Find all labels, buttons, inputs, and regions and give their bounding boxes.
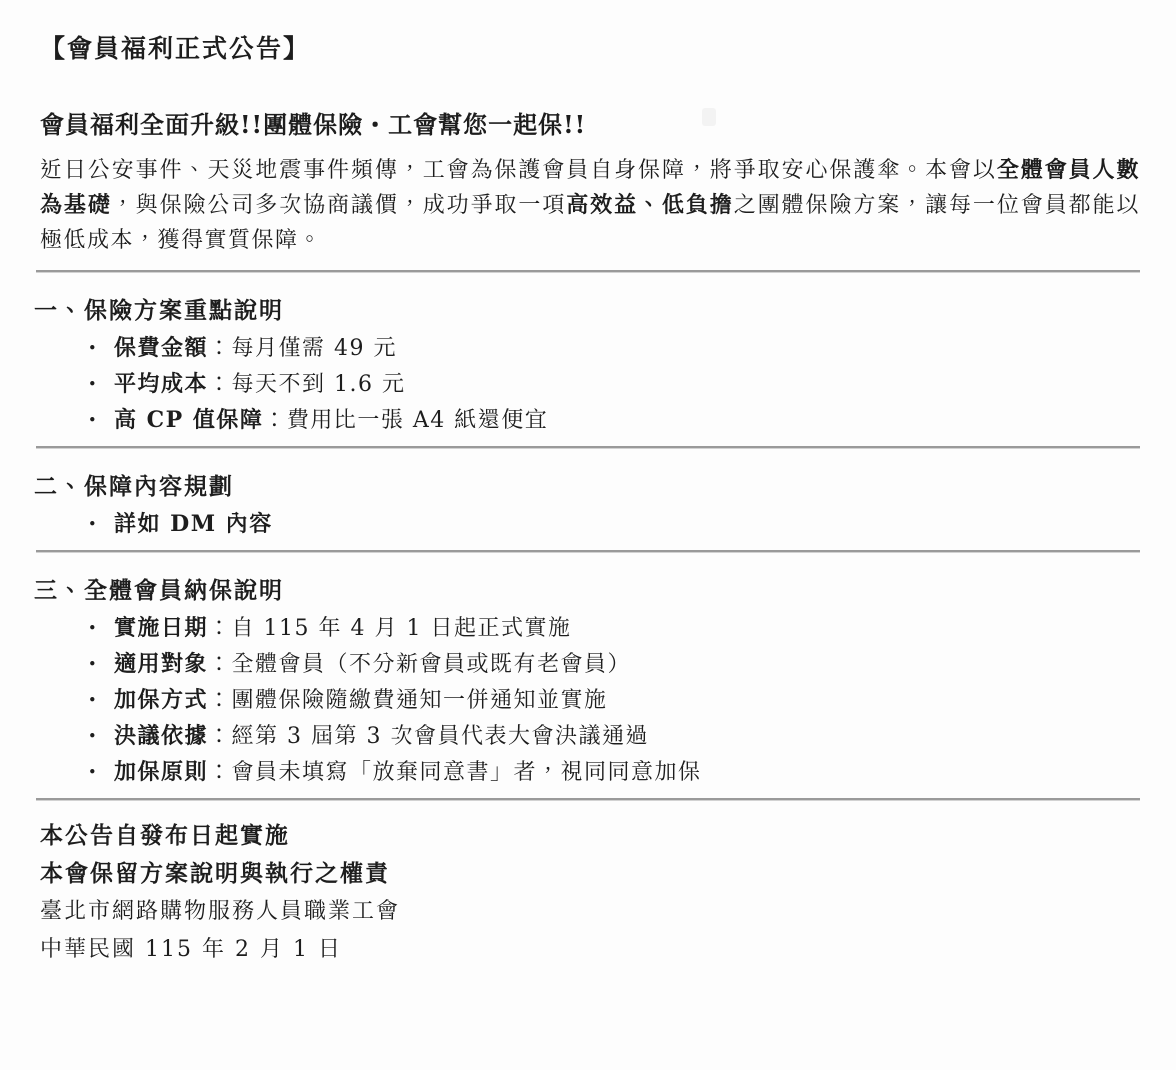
section-heading: 三、全體會員納保說明 xyxy=(34,577,1140,605)
bullet-icon: • xyxy=(80,372,106,397)
bullet-item: •高 CP 值保障：費用比一張 A4 紙還便宜 xyxy=(40,408,1140,433)
bullet-label: 適用對象 xyxy=(114,651,208,677)
bullet-icon: • xyxy=(80,336,106,361)
bullet-label: 決議依據 xyxy=(114,723,208,749)
bullet-value: ：自 115 年 4 月 1 日起正式實施 xyxy=(208,616,571,641)
bullet-item: •詳如 DM 內容 xyxy=(40,512,1140,537)
bullet-text: 平均成本：每天不到 1.6 元 xyxy=(114,372,406,397)
footer-date: 中華民國 115 年 2 月 1 日 xyxy=(40,937,1140,963)
footer-union-name: 臺北市網路購物服務人員職業工會 xyxy=(40,899,1140,925)
bullet-icon: • xyxy=(80,408,106,433)
bullet-item: •加保原則：會員未填寫「放棄同意書」者，視同同意加保 xyxy=(40,760,1140,785)
bullet-label: 平均成本 xyxy=(114,371,208,397)
announcement-document: 【會員福利正式公告】 會員福利全面升級!!團體保險・工會幫您一起保!! 近日公安… xyxy=(0,0,1176,1070)
bullet-text: 詳如 DM 內容 xyxy=(114,512,273,537)
announcement-headline: 會員福利全面升級!!團體保險・工會幫您一起保!! xyxy=(40,110,1140,140)
section: 三、全體會員納保說明•實施日期：自 115 年 4 月 1 日起正式實施•適用對… xyxy=(40,553,1140,798)
bullet-item: •決議依據：經第 3 屆第 3 次會員代表大會決議通過 xyxy=(40,724,1140,749)
section-heading: 一、保險方案重點說明 xyxy=(34,297,1140,325)
bullet-text: 加保原則：會員未填寫「放棄同意書」者，視同同意加保 xyxy=(114,760,702,785)
bullet-text: 實施日期：自 115 年 4 月 1 日起正式實施 xyxy=(114,616,571,641)
bullet-value: ：每月僅需 49 元 xyxy=(208,336,397,361)
bullet-icon: • xyxy=(80,652,106,677)
section-heading: 二、保障內容規劃 xyxy=(34,473,1140,501)
intro-segment: 近日公安事件、天災地震事件頻傳，工會為保護會員自身保障，將爭取安心保護傘。本會以 xyxy=(40,158,997,183)
bullet-label: 實施日期 xyxy=(114,615,208,641)
bullet-text: 保費金額：每月僅需 49 元 xyxy=(114,336,397,361)
intro-segment: ，與保險公司多次協商議價，成功爭取一項 xyxy=(112,193,567,218)
intro-segment-emphasis: 高效益、低負擔 xyxy=(566,192,733,218)
bullet-label: 詳如 DM 內容 xyxy=(114,511,273,537)
bullet-value: ：全體會員（不分新會員或既有老會員） xyxy=(208,652,631,677)
footer: 本公告自發布日起實施 本會保留方案說明與執行之權責 臺北市網路購物服務人員職業工… xyxy=(40,801,1140,963)
bullet-text: 決議依據：經第 3 屆第 3 次會員代表大會決議通過 xyxy=(114,724,649,749)
section: 一、保險方案重點說明•保費金額：每月僅需 49 元•平均成本：每天不到 1.6 … xyxy=(40,273,1140,446)
section: 二、保障內容規劃•詳如 DM 內容 xyxy=(40,449,1140,550)
bullet-text: 適用對象：全體會員（不分新會員或既有老會員） xyxy=(114,652,631,677)
bullet-text: 加保方式：團體保險隨繳費通知一併通知並實施 xyxy=(114,688,608,713)
bullet-icon: • xyxy=(80,688,106,713)
bullet-item: •適用對象：全體會員（不分新會員或既有老會員） xyxy=(40,652,1140,677)
bullet-value: ：每天不到 1.6 元 xyxy=(208,372,405,397)
bullet-item: •保費金額：每月僅需 49 元 xyxy=(40,336,1140,361)
document-title: 【會員福利正式公告】 xyxy=(40,34,1140,64)
footer-rights-line: 本會保留方案說明與執行之權責 xyxy=(40,861,1140,887)
footer-effective-date-line: 本公告自發布日起實施 xyxy=(40,823,1140,849)
intro-paragraph: 近日公安事件、天災地震事件頻傳，工會為保護會員自身保障，將爭取安心保護傘。本會以… xyxy=(40,153,1140,258)
bullet-value: ：會員未填寫「放棄同意書」者，視同同意加保 xyxy=(208,760,702,785)
bullet-icon: • xyxy=(80,760,106,785)
bullet-label: 加保原則 xyxy=(114,759,208,785)
sections-container: 一、保險方案重點說明•保費金額：每月僅需 49 元•平均成本：每天不到 1.6 … xyxy=(40,270,1140,801)
bullet-item: •實施日期：自 115 年 4 月 1 日起正式實施 xyxy=(40,616,1140,641)
bullet-value: ：經第 3 屆第 3 次會員代表大會決議通過 xyxy=(208,724,649,749)
bullet-item: •加保方式：團體保險隨繳費通知一併通知並實施 xyxy=(40,688,1140,713)
bullet-icon: • xyxy=(80,616,106,641)
bullet-icon: • xyxy=(80,724,106,749)
bullet-label: 加保方式 xyxy=(114,687,208,713)
bullet-value: ：費用比一張 A4 紙還便宜 xyxy=(263,408,548,433)
bullet-label: 保費金額 xyxy=(114,335,208,361)
bullet-icon: • xyxy=(80,512,106,537)
bullet-item: •平均成本：每天不到 1.6 元 xyxy=(40,372,1140,397)
bullet-value: ：團體保險隨繳費通知一併通知並實施 xyxy=(208,688,608,713)
bullet-text: 高 CP 值保障：費用比一張 A4 紙還便宜 xyxy=(114,408,548,433)
scan-smudge-artifact xyxy=(702,108,716,126)
bullet-label: 高 CP 值保障 xyxy=(114,407,263,433)
